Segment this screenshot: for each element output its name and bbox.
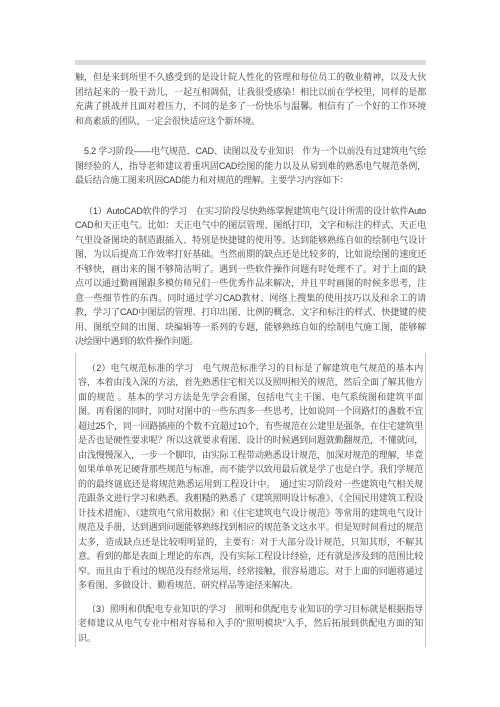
paragraph-continuation: 触，但是来到所里不久感受到的是设计院人性化的管理和每位员工的敬业精神，以及大伙团… <box>75 70 426 128</box>
paragraph-item-2-regulations: （2）电气规范标准的学习 电气规范标准学习的目标是了解建筑电气规范的基本内容，本… <box>78 361 423 593</box>
paragraph-item-1-autocad: （1）AutoCAD软件的学习 在实习阶段尽快熟练掌握建筑电气设计所需的设计软件… <box>75 204 426 349</box>
page-top-divider <box>75 60 426 65</box>
document-content-column: 触，但是来到所里不久感受到的是设计院人性化的管理和每位员工的敬业精神，以及大伙团… <box>75 60 426 647</box>
bordered-text-section: （2）电气规范标准的学习 电气规范标准学习的目标是了解建筑电气规范的基本内容，本… <box>75 353 426 648</box>
paragraph-section-5-2: 5.2 学习阶段——电气规范、CAD、读图以及专业知识 作为一个以前没有过建筑电… <box>75 144 426 188</box>
paragraph-item-3-lighting: （3）照明和供配电专业知识的学习 照明和供配电专业知识的学习目标就是根据指导老师… <box>78 602 423 646</box>
document-page: 触，但是来到所里不久感受到的是设计院人性化的管理和每位员工的敬业精神，以及大伙团… <box>0 0 500 707</box>
